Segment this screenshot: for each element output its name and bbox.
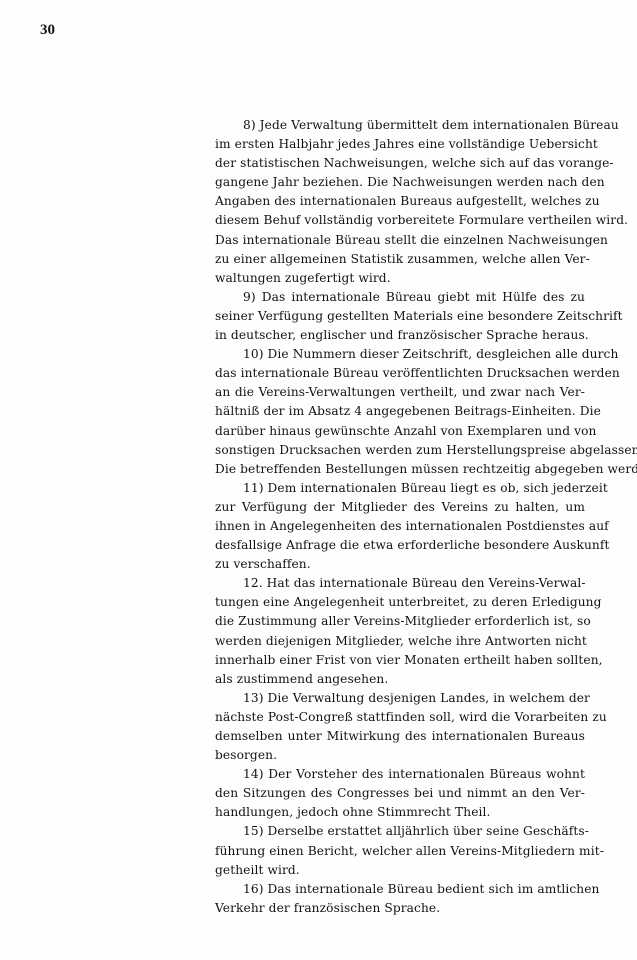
text-line: in deutscher, englischer und französisch… [215,326,585,345]
text-line: das internationale Büreau veröffentlicht… [215,364,585,383]
text-line: der statistischen Nachweisungen, welche … [215,154,585,173]
text-line: besorgen. [215,746,585,765]
text-line: nächste Post-Congreß stattfinden soll, w… [215,708,585,727]
text-line: zu verschaffen. [215,555,585,574]
text-line: innerhalb einer Frist von vier Monaten e… [215,651,585,670]
text-line: demselben unter Mitwirkung des internati… [215,727,585,746]
paragraph-start-line: 11) Dem internationalen Büreau liegt es … [215,479,585,498]
text-line: werden diejenigen Mitglieder, welche ihr… [215,632,585,651]
text-line: Verkehr der französischen Sprache. [215,899,585,918]
paragraph-start-line: 9) Das internationale Büreau giebt mit H… [215,288,585,307]
text-line: tungen eine Angelegenheit unterbreitet, … [215,593,585,612]
text-line: Angaben des internationalen Bureaus aufg… [215,192,585,211]
text-line: seiner Verfügung gestellten Materials ei… [215,307,585,326]
body-text: 8) Jede Verwaltung übermittelt dem inter… [215,116,585,918]
text-line: den Sitzungen des Congresses bei und nim… [215,784,585,803]
text-line: als zustimmend angesehen. [215,670,585,689]
text-line: handlungen, jedoch ohne Stimmrecht Theil… [215,803,585,822]
text-line: desfallsige Anfrage die etwa erforderlic… [215,536,585,555]
page-number: 30 [40,22,55,39]
text-line: die Zustimmung aller Vereins-Mitglieder … [215,612,585,631]
text-line: ihnen in Angelegenheiten des internation… [215,517,585,536]
text-line: Das internationale Büreau stellt die ein… [215,231,585,250]
text-line: gangene Jahr beziehen. Die Nachweisungen… [215,173,585,192]
text-line: zur Verfügung der Mitglieder des Vereins… [215,498,585,517]
text-line: darüber hinaus gewünschte Anzahl von Exe… [215,422,585,441]
text-line: Die betreffenden Bestellungen müssen rec… [215,460,585,479]
paragraph-start-line: 16) Das internationale Büreau bedient si… [215,880,585,899]
paragraph-start-line: 8) Jede Verwaltung übermittelt dem inter… [215,116,585,135]
text-line: waltungen zugefertigt wird. [215,269,585,288]
text-line: sonstigen Drucksachen werden zum Herstel… [215,441,585,460]
text-line: getheilt wird. [215,861,585,880]
text-line: an die Vereins-Verwaltungen vertheilt, u… [215,383,585,402]
text-line: im ersten Halbjahr jedes Jahres eine vol… [215,135,585,154]
paragraph-start-line: 10) Die Nummern dieser Zeitschrift, desg… [215,345,585,364]
paragraph-start-line: 13) Die Verwaltung desjenigen Landes, in… [215,689,585,708]
text-line: diesem Behuf vollständig vorbereitete Fo… [215,211,585,230]
text-line: führung einen Bericht, welcher allen Ver… [215,842,585,861]
paragraph-start-line: 14) Der Vorsteher des internationalen Bü… [215,765,585,784]
text-line: zu einer allgemeinen Statistik zusammen,… [215,250,585,269]
paragraph-start-line: 12. Hat das internationale Büreau den Ve… [215,574,585,593]
paragraph-start-line: 15) Derselbe erstattet alljährlich über … [215,822,585,841]
text-line: hältniß der im Absatz 4 angegebenen Beit… [215,402,585,421]
